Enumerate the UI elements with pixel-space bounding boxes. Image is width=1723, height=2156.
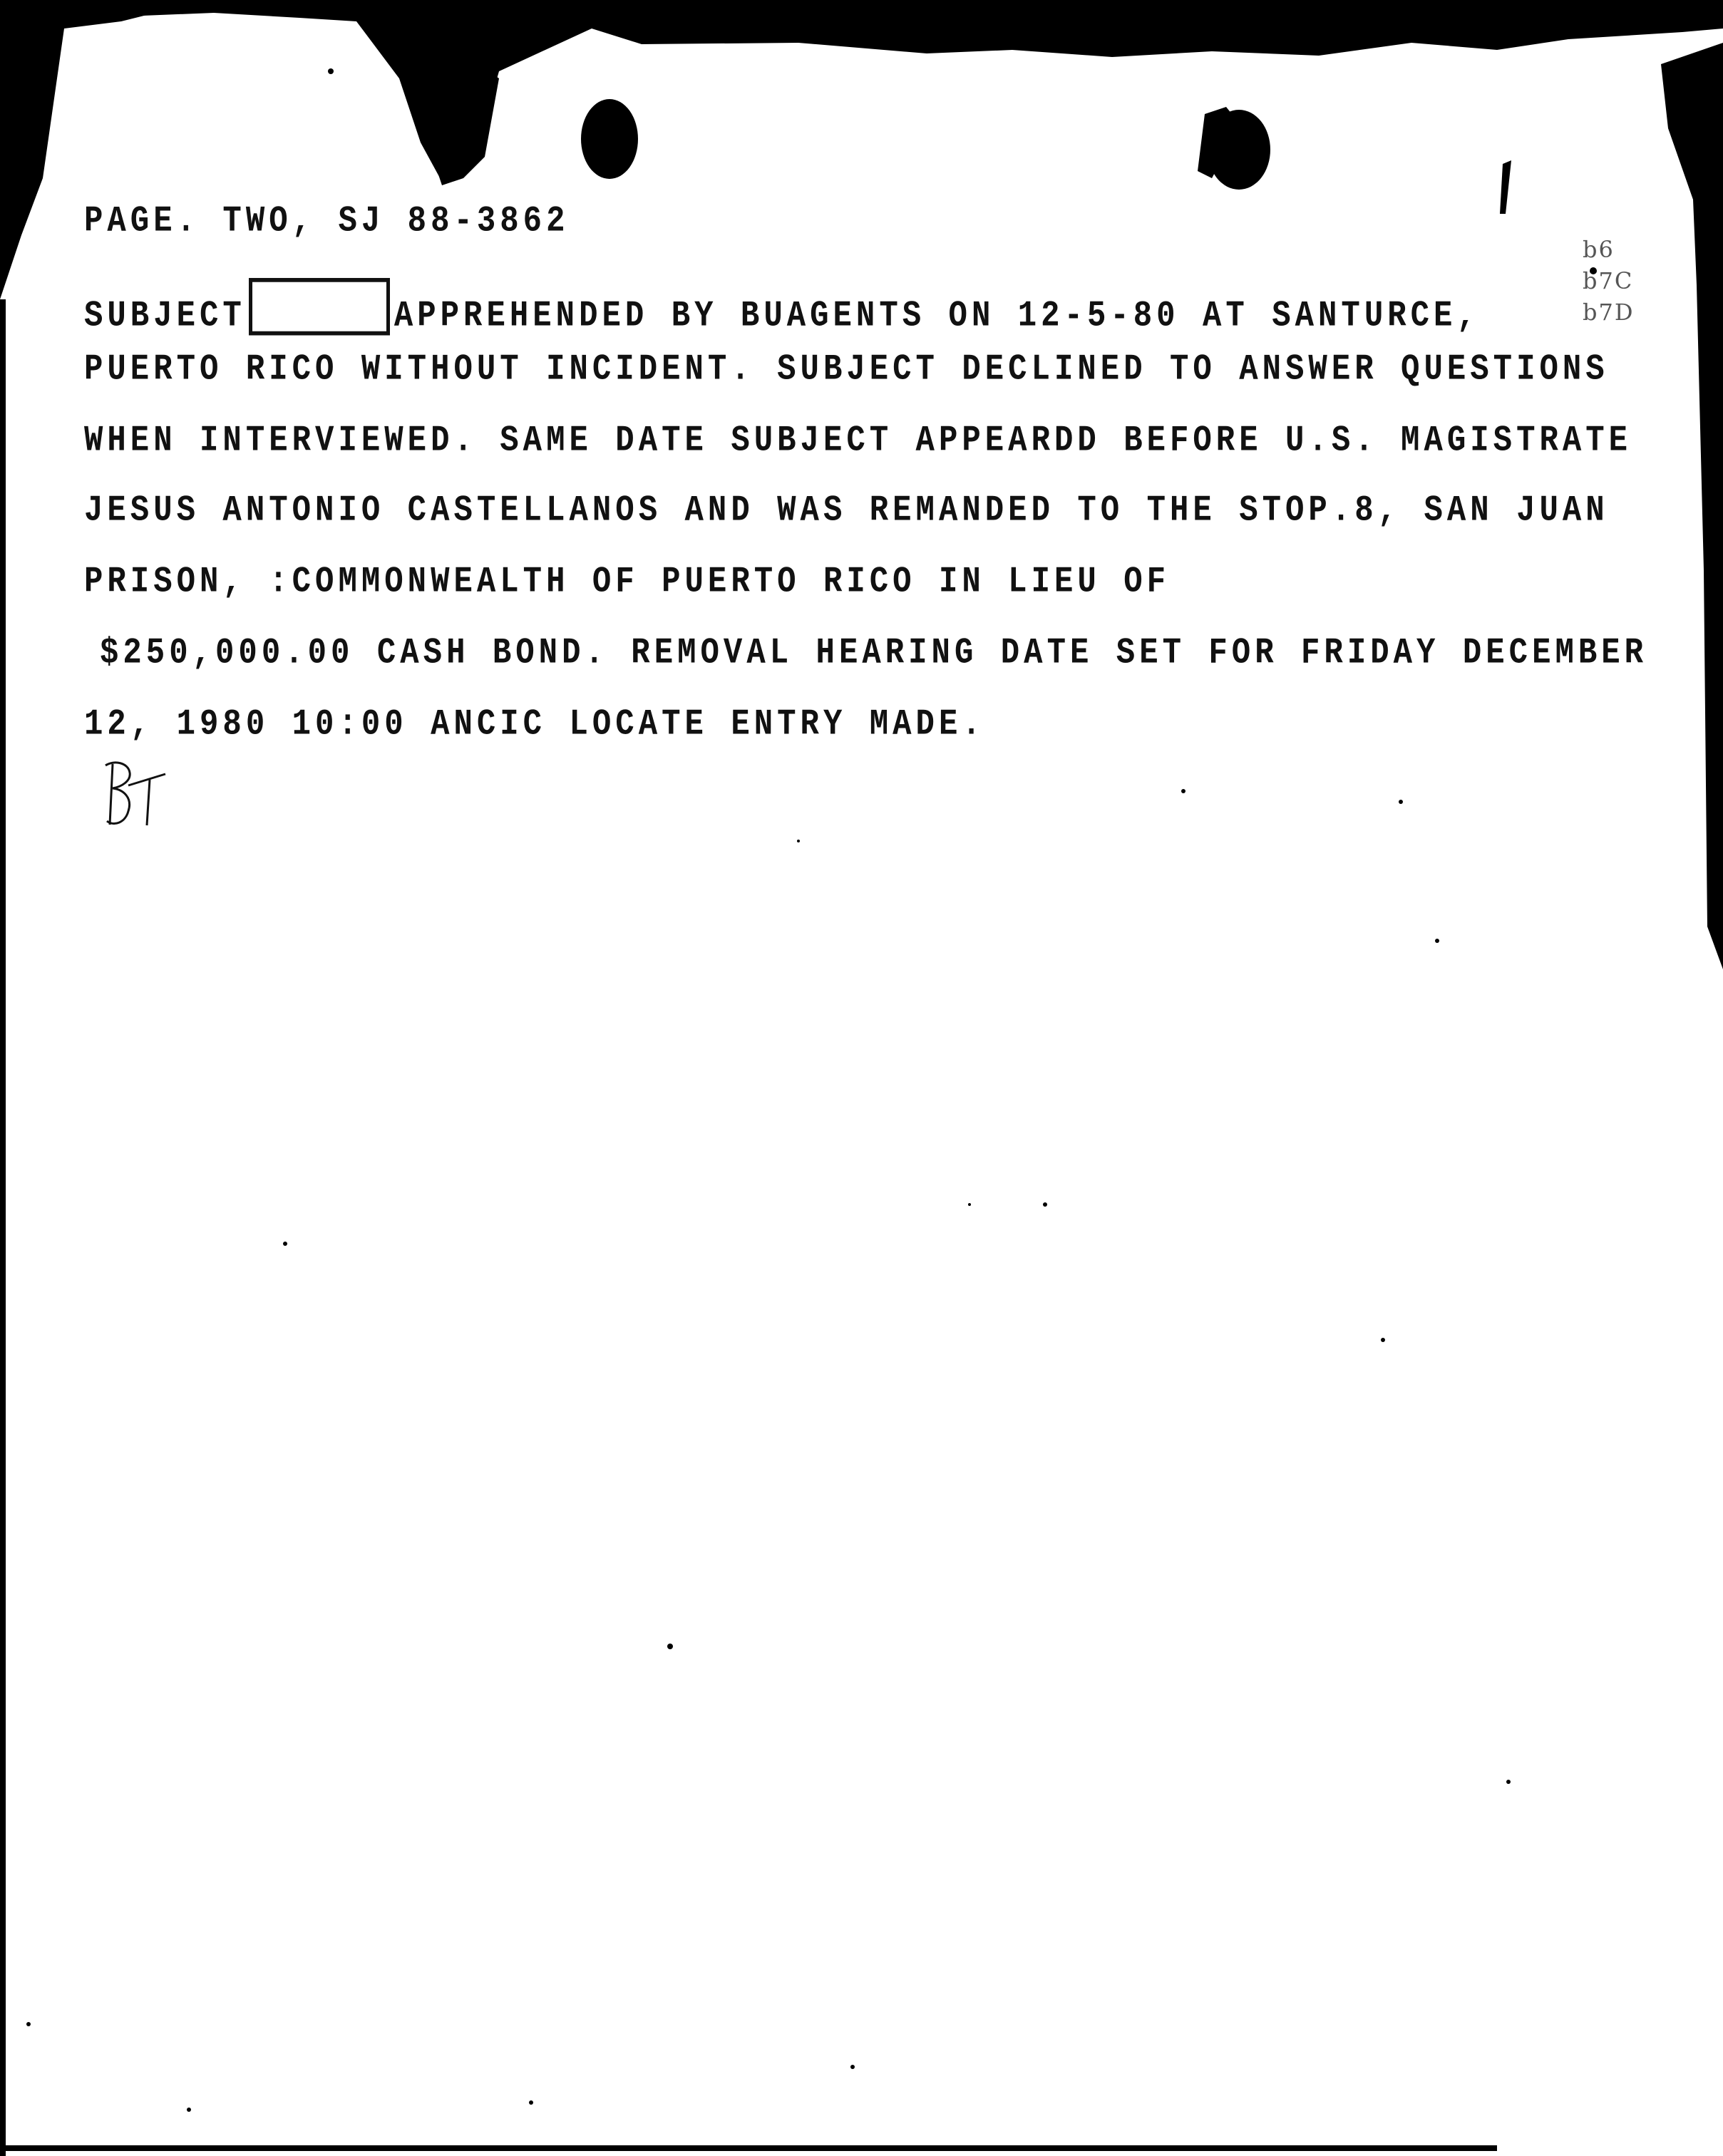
body-line: JESUS ANTONIO CASTELLANOS AND WAS REMAND… <box>84 490 1609 532</box>
body-line: $250,000.00 CASH BOND. REMOVAL HEARING D… <box>100 633 1647 674</box>
subject-line-text: APPREHENDED BY BUAGENTS ON 12-5-80 AT SA… <box>394 296 1480 337</box>
speck <box>1043 1202 1047 1207</box>
scanned-document-page: PAGE. TWO, SJ 88-3862 SUBJECTAPPREHENDED… <box>0 0 1723 2156</box>
speck <box>187 2108 191 2112</box>
speck <box>1435 939 1439 943</box>
subject-label: SUBJECT <box>84 296 246 337</box>
speck <box>26 2022 31 2026</box>
page-header: PAGE. TWO, SJ 88-3862 <box>84 201 570 242</box>
speck <box>850 2065 855 2069</box>
handwritten-initials-bt: BT <box>100 757 178 835</box>
top-torn-edge <box>0 0 1723 182</box>
speck <box>1181 789 1185 793</box>
speck <box>1506 1780 1511 1784</box>
speck <box>1381 1338 1385 1342</box>
stray-mark <box>1500 160 1511 214</box>
right-dark-edge <box>1661 0 1723 969</box>
hole-punch-left <box>581 99 638 179</box>
speck <box>968 1203 971 1206</box>
speck <box>283 1242 287 1246</box>
body-line: PUERTO RICO WITHOUT INCIDENT. SUBJECT DE… <box>84 349 1609 391</box>
speck <box>1399 800 1403 804</box>
speck <box>667 1644 673 1649</box>
exemption-code: b6 <box>1583 234 1635 265</box>
redaction-exemption-codes: b6 b7C b7D <box>1583 234 1635 328</box>
bottom-dark-edge <box>0 2145 1497 2151</box>
exemption-code: b7C <box>1583 265 1635 296</box>
top-left-dark-edge <box>0 0 185 299</box>
body-line: WHEN INTERVIEWED. SAME DATE SUBJECT APPE… <box>84 421 1632 462</box>
speck <box>529 2100 533 2105</box>
body-line: PRISON, :COMMONWEALTH OF PUERTO RICO IN … <box>84 562 1170 603</box>
speck <box>797 840 800 842</box>
exemption-code: b7D <box>1583 296 1635 328</box>
body-line: 12, 1980 10:00 ANCIC LOCATE ENTRY MADE. <box>84 704 985 746</box>
left-thin-edge <box>0 299 6 2156</box>
subject-line: SUBJECTAPPREHENDED BY BUAGENTS ON 12-5-8… <box>84 278 1480 337</box>
speck <box>328 68 334 74</box>
redaction-box <box>249 278 390 336</box>
